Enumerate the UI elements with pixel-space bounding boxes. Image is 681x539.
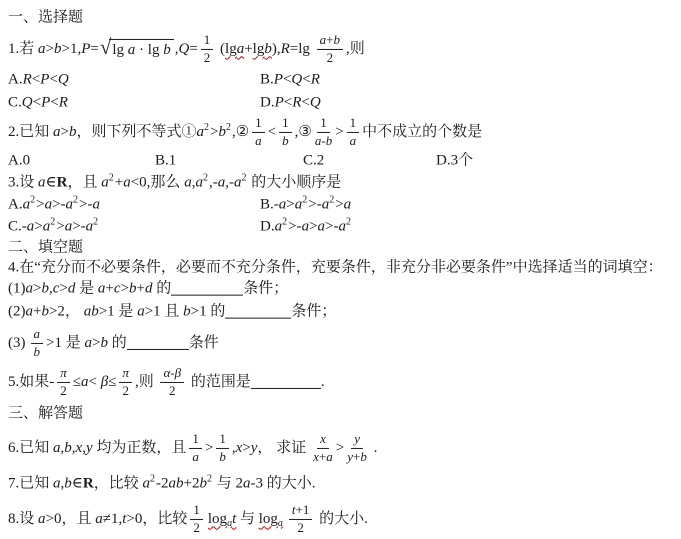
math-symbol: 2 bbox=[327, 50, 334, 65]
math-run: a,a bbox=[184, 174, 203, 193]
section-2-heading: 二、填空题 bbox=[8, 238, 679, 258]
math-symbol: 2 bbox=[207, 474, 212, 485]
fraction: a+b2 bbox=[317, 33, 343, 65]
text-run: 且 bbox=[161, 303, 184, 322]
math-symbol: 2 bbox=[226, 122, 231, 133]
math-symbol: 1 bbox=[255, 115, 262, 130]
math-symbol: 2 bbox=[204, 50, 211, 65]
text-run: . bbox=[321, 373, 325, 392]
math-symbol: 2 bbox=[235, 476, 243, 492]
text-run: 2.已知 bbox=[8, 123, 53, 142]
fraction-denominator: y+b bbox=[347, 449, 367, 465]
fraction-denominator: b bbox=[219, 449, 226, 465]
problem-2-options-row-col-0: A.0 bbox=[8, 152, 30, 171]
fraction: 1a bbox=[252, 116, 265, 148]
math-run: ( bbox=[216, 40, 225, 59]
math-run: ,-a,-a bbox=[209, 174, 242, 193]
math-variable: a bbox=[318, 219, 326, 235]
math-run: -2ab+2b bbox=[156, 475, 207, 494]
math-symbol: 2 bbox=[297, 520, 304, 535]
math-run: A. bbox=[8, 70, 23, 89]
math-variable: a bbox=[295, 197, 303, 213]
text-run: ，且 bbox=[67, 174, 101, 193]
superscript: 2 bbox=[109, 174, 114, 184]
math-run: >-a bbox=[79, 196, 100, 215]
text-run: ，则下列不等式① bbox=[76, 123, 196, 142]
math-variable: b bbox=[264, 41, 272, 57]
math-variable: y bbox=[86, 440, 93, 456]
math-symbol: >- bbox=[72, 219, 85, 235]
math-run: a>b,c>d bbox=[26, 280, 76, 299]
math-symbol: 2 bbox=[282, 217, 287, 228]
math-run: Q<P<R bbox=[22, 93, 68, 112]
math-symbol: > bbox=[61, 124, 69, 140]
math-run: a>b bbox=[84, 334, 107, 353]
math-run: C.2 bbox=[303, 152, 324, 171]
math-symbol: 2 bbox=[193, 520, 200, 535]
fraction-numerator: 1 bbox=[317, 116, 330, 133]
math-variable: P bbox=[274, 71, 283, 87]
math-symbol: 2 bbox=[93, 217, 98, 228]
math-symbol: 2 bbox=[169, 383, 176, 398]
text-run: 的大小. bbox=[263, 475, 316, 494]
math-symbol: ≤ bbox=[108, 374, 116, 390]
math-symbol: 2 bbox=[30, 195, 35, 206]
superscript: 2 bbox=[346, 218, 351, 228]
fraction: 1a bbox=[189, 432, 202, 464]
math-symbol: ≠1, bbox=[103, 511, 122, 527]
math-variable: R bbox=[23, 71, 32, 87]
math-variable: a bbox=[137, 304, 145, 320]
worksheet-page: 一、选择题1.若 a>b>1,P=√lg a · lg b,Q=12 (lga+… bbox=[0, 0, 681, 539]
math-symbol: < bbox=[32, 71, 40, 87]
math-run: a bbox=[23, 196, 31, 215]
math-run: a,b,x,y bbox=[53, 439, 93, 458]
math-variable: a bbox=[38, 41, 46, 57]
math-symbol: > bbox=[336, 440, 344, 456]
fraction: π2 bbox=[57, 366, 70, 398]
math-variable: b bbox=[163, 42, 171, 58]
superscript: 2 bbox=[207, 475, 212, 485]
math-variable: a bbox=[339, 219, 347, 235]
math-variable: a bbox=[53, 476, 61, 492]
radical: √lg a · lg b bbox=[100, 39, 174, 60]
blank-underline bbox=[171, 295, 243, 296]
math-run: ,Q= bbox=[175, 40, 198, 59]
problem-3: 3.设 a∈R，且 a2+a<0,那么 a,a2,-a,-a2 的大小顺序是 bbox=[8, 172, 679, 194]
math-variable: y bbox=[354, 431, 360, 446]
math-variable: R bbox=[59, 94, 68, 110]
problem-3-options-row-1-col-0: A.a2>a>-a2>-a bbox=[8, 196, 100, 215]
math-run: ab>1 bbox=[84, 303, 115, 322]
math-variable: Q bbox=[22, 94, 33, 110]
math-run: A.0 bbox=[8, 152, 30, 171]
text-run: 一、选择题 bbox=[8, 9, 83, 28]
math-symbol: = bbox=[90, 41, 98, 57]
section-2-heading-col-0: 二、填空题 bbox=[8, 239, 83, 258]
fraction-numerator: 1 bbox=[189, 432, 202, 449]
math-variable: R bbox=[311, 71, 320, 87]
problem-4-blank-1-col-0: (1)a>b,c>d 是 a+c>b+d 的条件； bbox=[8, 280, 288, 299]
problem-3-options-row-2-col-1: D.a2>-a>a>-a2 bbox=[260, 218, 352, 237]
math-variable: a bbox=[184, 175, 192, 191]
math-variable: ab bbox=[84, 304, 99, 320]
math-run: log bbox=[259, 511, 278, 527]
math-symbol: + bbox=[326, 32, 333, 47]
fraction-numerator: t+1 bbox=[289, 503, 312, 520]
math-run: > bbox=[336, 439, 344, 458]
document-body: 一、选择题1.若 a>b>1,P=√lg a · lg b,Q=12 (lga+… bbox=[8, 6, 679, 539]
text-run: 8.设 bbox=[8, 510, 38, 529]
math-run: (2) bbox=[8, 303, 26, 322]
fraction-numerator: a bbox=[31, 327, 44, 344]
math-variable: a bbox=[38, 175, 46, 191]
problem-1-options-row-1-col-1: B.P<Q<R bbox=[260, 70, 320, 89]
math-symbol: >- bbox=[325, 219, 338, 235]
math-symbol: >1 bbox=[99, 304, 115, 320]
math-symbol: >- bbox=[79, 197, 92, 213]
math-variable: a bbox=[255, 133, 262, 148]
math-variable: x bbox=[320, 431, 326, 446]
math-variable: a bbox=[81, 374, 89, 390]
math-variable: a bbox=[128, 42, 136, 58]
math-variable: Q bbox=[58, 71, 69, 87]
math-variable: a bbox=[45, 197, 53, 213]
spellcheck-wavy-run: logat bbox=[208, 510, 236, 529]
problem-2-options-row: A.0B.1C.2D.3个 bbox=[8, 150, 679, 172]
text-run: 6.已知 bbox=[8, 439, 53, 458]
math-variable: b bbox=[64, 476, 72, 492]
problem-1-options-row-2-col-1: D.P<R<Q bbox=[260, 93, 321, 112]
math-run: > bbox=[205, 439, 213, 458]
math-variable: P bbox=[275, 94, 284, 110]
math-run: >1 bbox=[46, 334, 62, 353]
problem-4-blank-3-col-0: (3)ab>1 是 a>b 的条件 bbox=[8, 327, 219, 359]
text-run: 1.若 bbox=[8, 40, 38, 59]
math-symbol: 2 bbox=[241, 173, 246, 184]
text-run: 与 bbox=[236, 510, 259, 529]
fraction: yy+b bbox=[347, 432, 367, 464]
math-run: -a>a bbox=[22, 218, 50, 237]
fraction-denominator: b bbox=[34, 344, 41, 360]
math-symbol: ,- bbox=[225, 175, 234, 191]
fraction-numerator: 1 bbox=[216, 432, 229, 449]
math-variable: b bbox=[282, 133, 289, 148]
math-symbol: < bbox=[89, 374, 101, 390]
math-run: a+c>b+d bbox=[98, 280, 153, 299]
math-variable: a bbox=[234, 175, 242, 191]
math-run: a bbox=[197, 123, 205, 142]
problem-8-col-0: 8.设 a>0，且 a≠1,t>0，比较12logat 与 logat+12 的… bbox=[8, 503, 368, 535]
text-run: ，且 bbox=[61, 510, 95, 529]
problem-1-options-row-2-col-0: C.Q<P<R bbox=[8, 93, 68, 112]
fraction-numerator: x bbox=[317, 432, 329, 449]
problem-7-col-0: 7.已知 a,b∈R，比较 a2-2ab+2b2 与 2a-3 的大小. bbox=[8, 475, 315, 494]
math-run: + bbox=[244, 40, 252, 59]
math-symbol: 1 bbox=[193, 502, 200, 517]
math-symbol: > bbox=[34, 219, 42, 235]
math-run: b>1 bbox=[183, 303, 206, 322]
math-symbol: > bbox=[309, 219, 317, 235]
section-3-heading-col-0: 三、解答题 bbox=[8, 405, 83, 424]
math-variable: a bbox=[326, 449, 333, 464]
math-symbol: 1 bbox=[219, 431, 226, 446]
text-run: 二、填空题 bbox=[8, 239, 83, 258]
math-run: a∈ bbox=[38, 174, 57, 193]
math-variable: a bbox=[101, 175, 109, 191]
fraction: 1b bbox=[216, 432, 229, 464]
math-symbol: + bbox=[105, 281, 113, 297]
math-run: lg bbox=[112, 41, 127, 60]
math-variable: a bbox=[34, 326, 41, 341]
math-variable: b bbox=[64, 440, 72, 456]
math-variable: b bbox=[199, 476, 207, 492]
superscript: 2 bbox=[241, 174, 246, 184]
problem-4-blank-3: (3)ab>1 是 a>b 的条件 bbox=[8, 324, 679, 362]
text-run: 是 bbox=[115, 303, 138, 322]
math-symbol: < bbox=[268, 124, 276, 140]
problem-2-options-row-col-2: C.2 bbox=[303, 152, 324, 171]
superscript: 2 bbox=[73, 196, 78, 206]
problem-3-col-0: 3.设 a∈R，且 a2+a<0,那么 a,a2,-a,-a2 的大小顺序是 bbox=[8, 174, 341, 193]
math-run: a>b>1,P= bbox=[38, 40, 99, 59]
blank-underline bbox=[251, 388, 321, 389]
math-variable: a bbox=[23, 197, 31, 213]
problem-1-col-0: 1.若 a>b>1,P=√lg a · lg b,Q=12 (lga+lgb),… bbox=[8, 33, 365, 65]
math-run: P<R<Q bbox=[275, 93, 321, 112]
math-variable: a bbox=[43, 219, 51, 235]
text-run: 个 bbox=[458, 152, 473, 171]
math-variable: a bbox=[344, 197, 352, 213]
text-run: 是 bbox=[75, 280, 98, 299]
fraction: ab bbox=[31, 327, 44, 359]
math-run: 2a-3 bbox=[235, 475, 263, 494]
math-variable: a bbox=[142, 476, 150, 492]
math-symbol: 2 bbox=[50, 217, 55, 228]
math-run: lg bbox=[225, 41, 237, 57]
problem-1: 1.若 a>b>1,P=√lg a · lg b,Q=12 (lga+lgb),… bbox=[8, 30, 679, 68]
math-run: a,b∈ bbox=[53, 475, 83, 494]
fraction-denominator: a bbox=[350, 133, 357, 149]
math-symbol: + bbox=[115, 175, 123, 191]
math-symbol: >2 bbox=[49, 304, 65, 320]
text-run: ， bbox=[65, 303, 84, 322]
problem-7: 7.已知 a,b∈R，比较 a2-2ab+2b2 与 2a-3 的大小. bbox=[8, 470, 679, 498]
math-symbol: 2 bbox=[204, 122, 209, 133]
section-1-heading-col-0: 一、选择题 bbox=[8, 9, 83, 28]
math-variable: c bbox=[114, 281, 121, 297]
math-variable: a bbox=[302, 219, 310, 235]
math-symbol: ≤ bbox=[73, 374, 81, 390]
fraction-denominator: 2 bbox=[327, 50, 334, 66]
math-run: >a>-a bbox=[56, 218, 93, 237]
superscript: 2 bbox=[203, 174, 208, 184]
text-run: 的大小顺序是 bbox=[247, 174, 341, 193]
math-variable: b bbox=[100, 335, 108, 351]
math-symbol: > bbox=[46, 41, 54, 57]
math-run: a>1 bbox=[137, 303, 160, 322]
math-variable: a bbox=[322, 197, 330, 213]
problem-6-col-0: 6.已知 a,b,x,y 均为正数，且1a>1b,x>y， 求证xx+a>yy+… bbox=[8, 432, 377, 464]
fraction: 1b bbox=[279, 116, 292, 148]
fraction: 12 bbox=[201, 33, 214, 65]
math-run: D.3 bbox=[436, 152, 458, 171]
text-run: 三、解答题 bbox=[8, 405, 83, 424]
section-1-heading: 一、选择题 bbox=[8, 6, 679, 30]
math-run: >a bbox=[335, 196, 351, 215]
problem-3-options-row-2-col-0: C.-a>a2>a>-a2 bbox=[8, 218, 99, 237]
math-variable: a bbox=[275, 219, 283, 235]
math-variable: a bbox=[26, 304, 34, 320]
math-symbol: >1 bbox=[46, 335, 62, 351]
text-run: 3.设 bbox=[8, 174, 38, 193]
math-variable: Q bbox=[178, 41, 189, 57]
math-run: P<Q<R bbox=[274, 70, 320, 89]
fraction-denominator: a bbox=[255, 133, 262, 149]
superscript: 2 bbox=[204, 123, 209, 133]
math-symbol: 2 bbox=[203, 173, 208, 184]
problem-4-col-0: 4.在“充分而不必要条件，必要而不充分条件，充要条件，非充分非必要条件”中选择适… bbox=[8, 259, 663, 278]
math-run: a bbox=[142, 475, 150, 494]
superscript: 2 bbox=[50, 218, 55, 228]
math-symbol: >- bbox=[288, 219, 301, 235]
math-variable: b bbox=[360, 449, 367, 464]
math-symbol: 1 bbox=[204, 32, 211, 47]
math-variable: b bbox=[69, 124, 77, 140]
math-symbol: < bbox=[301, 94, 309, 110]
math-run: R<P<Q bbox=[23, 70, 69, 89]
math-run: (1) bbox=[8, 280, 26, 299]
text-run: 的范围是 bbox=[187, 373, 251, 392]
problem-4: 4.在“充分而不必要条件，必要而不充分条件，充要条件，非充分非必要条件”中选择适… bbox=[8, 258, 679, 278]
math-variable: π bbox=[60, 365, 67, 380]
math-run: ), bbox=[272, 40, 281, 59]
fraction: 1a-b bbox=[315, 116, 332, 148]
text-run: 则 bbox=[139, 373, 158, 392]
text-run: 与 bbox=[213, 475, 236, 494]
math-symbol: 2 bbox=[122, 383, 129, 398]
fraction-denominator: 2 bbox=[169, 383, 176, 399]
text-run: 是 bbox=[62, 334, 85, 353]
math-variable: a bbox=[38, 511, 46, 527]
math-variable: ab bbox=[168, 476, 183, 492]
math-symbol: <0, bbox=[131, 175, 151, 191]
math-run: a bbox=[237, 41, 245, 57]
math-run: >-a>a>-a bbox=[288, 218, 346, 237]
spellcheck-wavy-run: lga bbox=[225, 40, 244, 59]
problem-5: 5.如果-π2≤a< β≤π2,则 α-β2 的范围是. bbox=[8, 362, 679, 402]
math-run: B. bbox=[260, 196, 274, 215]
problem-4-blank-1: (1)a>b,c>d 是 a+c>b+d 的条件； bbox=[8, 278, 679, 300]
math-run: lg bbox=[253, 41, 265, 57]
math-run: a>0 bbox=[38, 510, 61, 529]
math-symbol: < bbox=[49, 71, 57, 87]
fraction-numerator: α-β bbox=[160, 366, 184, 383]
radical-body: lg a · lg b bbox=[109, 39, 173, 60]
text-run: 那么 bbox=[150, 174, 184, 193]
math-variable: a bbox=[66, 197, 74, 213]
fraction-denominator: 2 bbox=[297, 520, 304, 536]
math-variable: β bbox=[175, 365, 181, 380]
math-run: lg bbox=[298, 40, 313, 59]
math-run: log bbox=[208, 511, 227, 527]
math-symbol: 1 bbox=[350, 115, 357, 130]
math-symbol: < bbox=[284, 94, 292, 110]
text-run: ,则 bbox=[346, 40, 365, 59]
fraction-numerator: 1 bbox=[190, 503, 203, 520]
math-run: -a>a bbox=[274, 196, 302, 215]
fraction-denominator: a-b bbox=[315, 133, 332, 149]
superscript: 2 bbox=[150, 475, 155, 485]
math-variable: Q bbox=[310, 94, 321, 110]
math-symbol: > bbox=[36, 197, 44, 213]
bold-set-symbol: R bbox=[57, 174, 68, 193]
text-run: 5.如果- bbox=[8, 373, 54, 392]
superscript: 2 bbox=[302, 196, 307, 206]
math-variable: b bbox=[218, 124, 226, 140]
problem-4-blank-2-col-0: (2)a+b>2， ab>1 是 a>1 且 b>1 的条件； bbox=[8, 303, 336, 322]
math-variable: a bbox=[86, 219, 94, 235]
math-symbol: > bbox=[59, 281, 67, 297]
problem-3-options-row-1: A.a2>a>-a2>-aB.-a>a2>-a2>a bbox=[8, 194, 679, 216]
math-symbol: 1 bbox=[192, 431, 199, 446]
text-run: 的 bbox=[207, 303, 226, 322]
superscript: 2 bbox=[30, 196, 35, 206]
superscript: 2 bbox=[329, 196, 334, 206]
math-symbol: < bbox=[50, 94, 58, 110]
math-variable: d bbox=[68, 281, 76, 297]
math-symbol: > bbox=[335, 197, 343, 213]
math-symbol: 2 bbox=[60, 383, 67, 398]
math-variable: d bbox=[145, 281, 153, 297]
math-symbol: > bbox=[205, 440, 213, 456]
problem-3-options-row-1-col-1: B.-a>a2>-a2>a bbox=[260, 196, 351, 215]
text-run: 条件； bbox=[291, 303, 336, 322]
fraction-numerator: π bbox=[119, 366, 132, 383]
math-run: R= bbox=[281, 40, 299, 59]
math-variable: a bbox=[192, 449, 199, 464]
fraction-numerator: 1 bbox=[279, 116, 292, 133]
math-symbol: < bbox=[302, 71, 310, 87]
text-run: ，比较 bbox=[94, 475, 143, 494]
text-run: . bbox=[370, 439, 378, 458]
math-variable: P bbox=[41, 94, 50, 110]
math-run: < bbox=[268, 123, 276, 142]
math-symbol: >1 bbox=[145, 304, 161, 320]
superscript: 2 bbox=[93, 218, 98, 228]
math-symbol: -3 bbox=[250, 476, 263, 492]
math-variable: a bbox=[53, 440, 61, 456]
math-run: a>b bbox=[53, 123, 76, 142]
fraction-denominator: 2 bbox=[204, 50, 211, 66]
fraction: π2 bbox=[119, 366, 132, 398]
fraction: xx+a bbox=[313, 432, 333, 464]
math-symbol: = bbox=[290, 41, 298, 57]
math-run: b bbox=[264, 41, 272, 57]
math-variable: Q bbox=[291, 71, 302, 87]
math-variable: a bbox=[123, 175, 131, 191]
text-run: 4.在“充分而不必要条件，必要而不充分条件，充要条件，非充分非必要条件”中选择适… bbox=[8, 259, 663, 278]
math-symbol: > bbox=[335, 124, 343, 140]
math-symbol: 2 bbox=[329, 195, 334, 206]
problem-8: 8.设 a>0，且 a≠1,t>0，比较12logat 与 logat+12 的… bbox=[8, 498, 679, 539]
text-run: 7.已知 bbox=[8, 475, 53, 494]
superscript: 2 bbox=[226, 123, 231, 133]
math-variable: b bbox=[326, 133, 333, 148]
math-symbol: > bbox=[242, 440, 250, 456]
math-variable: b bbox=[41, 304, 49, 320]
fraction-denominator: a bbox=[192, 449, 199, 465]
